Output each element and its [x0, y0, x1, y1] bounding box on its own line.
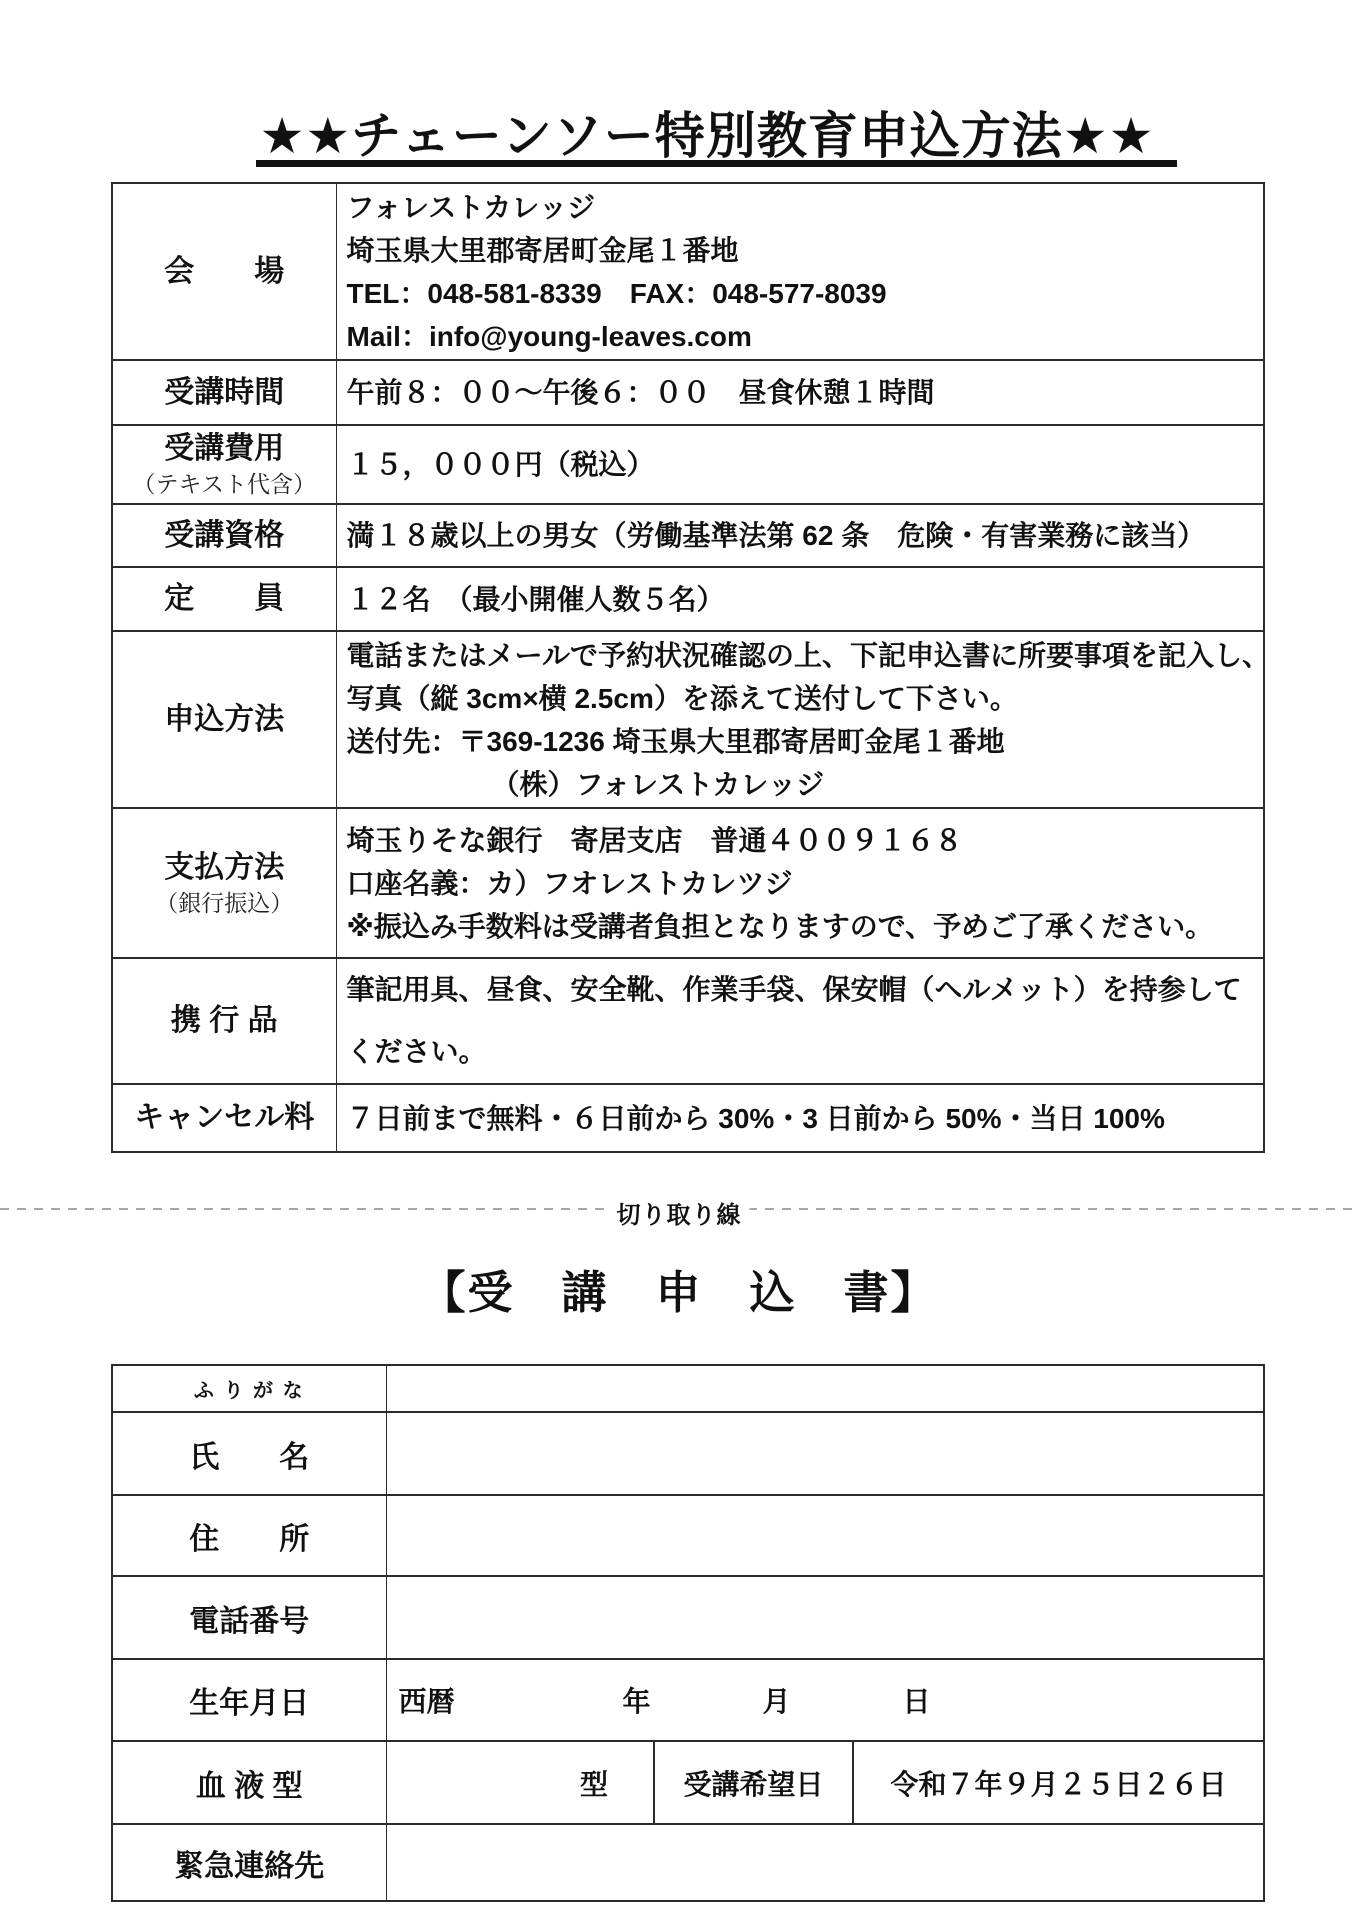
table-row: 受講費用 （テキスト代含） １５，０００円（税込） — [112, 425, 1264, 504]
blood-type-label: 血 液 型 — [112, 1741, 386, 1824]
hours-line: 午前８：００～午後６：００ 昼食休憩１時間 — [347, 371, 1264, 414]
capacity-label: 定 員 — [112, 567, 336, 631]
fee-label-text: 受講費用 — [164, 432, 284, 465]
document-page: ★★チェーンソー特別教育申込方法★★ 会 場 フォレストカレッジ 埼玉県大里郡寄… — [0, 0, 1358, 1920]
fee-sublabel: （テキスト代含） — [113, 470, 336, 498]
table-row: 支払方法 （銀行振込） 埼玉りそな銀行 寄居支店 普通４００９１６８ 口座名義：… — [112, 808, 1264, 958]
items-line: 筆記用具、昼食、安全靴、作業手袋、保安帽（ヘルメット）を持参してください。 — [347, 959, 1256, 1083]
apply-method-line: 送付先：〒369-1236 埼玉県大里郡寄居町金尾１番地 — [347, 720, 1264, 763]
table-row: 携 行 品 筆記用具、昼食、安全靴、作業手袋、保安帽（ヘルメット）を持参してくだ… — [112, 958, 1264, 1084]
payment-sublabel: （銀行振込） — [113, 889, 336, 917]
table-row: 電話番号 — [112, 1576, 1264, 1659]
course-info-table: 会 場 フォレストカレッジ 埼玉県大里郡寄居町金尾１番地 TEL：048-581… — [111, 182, 1265, 1153]
apply-method-line: 写真（縦 3cm×横 2.5cm）を添えて送付して下さい。 — [347, 677, 1264, 720]
application-form-table: ふ り が な 氏 名 住 所 電話番号 生年月日 西暦 年 月 日 — [111, 1364, 1265, 1902]
cancel-fee-line: ７日前まで無料・６日前から 30%・3 日前から 50%・当日 100% — [347, 1097, 1264, 1140]
furigana-field — [386, 1365, 1264, 1412]
hours-value: 午前８：００～午後６：００ 昼食休憩１時間 — [336, 360, 1264, 425]
venue-line: 埼玉県大里郡寄居町金尾１番地 — [347, 229, 1264, 272]
payment-line: ※振込み手数料は受講者負担となりますので、予めご了承ください。 — [347, 905, 1264, 948]
furigana-label: ふ り が な — [112, 1365, 386, 1412]
table-row: キャンセル料 ７日前まで無料・６日前から 30%・3 日前から 50%・当日 1… — [112, 1084, 1264, 1152]
payment-line: 埼玉りそな銀行 寄居支店 普通４００９１６８ — [347, 819, 1264, 862]
eligibility-label: 受講資格 — [112, 504, 336, 567]
venue-label: 会 場 — [112, 183, 336, 360]
hours-label: 受講時間 — [112, 360, 336, 425]
capacity-line: １２名 （最小開催人数５名） — [347, 578, 1264, 621]
cut-line-label: 切り取り線 — [609, 1195, 750, 1230]
apply-method-value: 電話またはメールで予約状況確認の上、下記申込書に所要事項を記入し、 写真（縦 3… — [336, 631, 1264, 808]
name-field — [386, 1412, 1264, 1495]
preferred-date-label: 受講希望日 — [654, 1741, 853, 1824]
table-row: ふ り が な — [112, 1365, 1264, 1412]
blood-type-field: 型 — [386, 1741, 654, 1824]
payment-label: 支払方法 （銀行振込） — [112, 808, 336, 958]
venue-line: Mail：info@young-leaves.com — [347, 315, 1264, 358]
phone-label: 電話番号 — [112, 1576, 386, 1659]
cancel-fee-label: キャンセル料 — [112, 1084, 336, 1152]
payment-value: 埼玉りそな銀行 寄居支店 普通４００９１６８ 口座名義：カ）フオレストカレツジ … — [336, 808, 1264, 958]
fee-line: １５，０００円（税込） — [347, 443, 1264, 486]
page-title: ★★チェーンソー特別教育申込方法★★ — [0, 96, 1358, 168]
venue-value: フォレストカレッジ 埼玉県大里郡寄居町金尾１番地 TEL：048-581-833… — [336, 183, 1264, 360]
table-row: 申込方法 電話またはメールで予約状況確認の上、下記申込書に所要事項を記入し、 写… — [112, 631, 1264, 808]
table-row: 血 液 型 型 受講希望日 令和７年９月２５日２６日 — [112, 1741, 1264, 1824]
table-row: 受講資格 満１８歳以上の男女（労働基準法第 62 条 危険・有害業務に該当） — [112, 504, 1264, 567]
venue-line: フォレストカレッジ — [347, 186, 1264, 229]
table-row: 定 員 １２名 （最小開催人数５名） — [112, 567, 1264, 631]
eligibility-line: 満１８歳以上の男女（労働基準法第 62 条 危険・有害業務に該当） — [347, 514, 1264, 557]
application-form-title: 【受 講 申 込 書】 — [0, 1256, 1358, 1321]
table-row: 住 所 — [112, 1495, 1264, 1576]
fee-label: 受講費用 （テキスト代含） — [112, 425, 336, 504]
emergency-contact-field — [386, 1824, 1264, 1901]
payment-label-text: 支払方法 — [164, 851, 284, 884]
cancel-fee-value: ７日前まで無料・６日前から 30%・3 日前から 50%・当日 100% — [336, 1084, 1264, 1152]
birthdate-field: 西暦 年 月 日 — [386, 1659, 1264, 1741]
items-label: 携 行 品 — [112, 958, 336, 1084]
venue-line: TEL：048-581-8339 FAX：048-577-8039 — [347, 272, 1264, 315]
address-field — [386, 1495, 1264, 1576]
apply-method-label: 申込方法 — [112, 631, 336, 808]
payment-line: 口座名義：カ）フオレストカレツジ — [347, 862, 1264, 905]
title-underline — [256, 160, 1177, 167]
fee-value: １５，０００円（税込） — [336, 425, 1264, 504]
apply-method-line: （株）フォレストカレッジ — [347, 763, 1264, 806]
apply-method-line: 電話またはメールで予約状況確認の上、下記申込書に所要事項を記入し、 — [347, 634, 1264, 677]
table-row: 緊急連絡先 — [112, 1824, 1264, 1901]
preferred-date-value: 令和７年９月２５日２６日 — [853, 1741, 1264, 1824]
table-row: 氏 名 — [112, 1412, 1264, 1495]
address-label: 住 所 — [112, 1495, 386, 1576]
items-value: 筆記用具、昼食、安全靴、作業手袋、保安帽（ヘルメット）を持参してください。 — [336, 958, 1264, 1084]
name-label: 氏 名 — [112, 1412, 386, 1495]
phone-field — [386, 1576, 1264, 1659]
emergency-contact-label: 緊急連絡先 — [112, 1824, 386, 1901]
table-row: 生年月日 西暦 年 月 日 — [112, 1659, 1264, 1741]
birthdate-label: 生年月日 — [112, 1659, 386, 1741]
capacity-value: １２名 （最小開催人数５名） — [336, 567, 1264, 631]
table-row: 受講時間 午前８：００～午後６：００ 昼食休憩１時間 — [112, 360, 1264, 425]
eligibility-value: 満１８歳以上の男女（労働基準法第 62 条 危険・有害業務に該当） — [336, 504, 1264, 567]
table-row: 会 場 フォレストカレッジ 埼玉県大里郡寄居町金尾１番地 TEL：048-581… — [112, 183, 1264, 360]
